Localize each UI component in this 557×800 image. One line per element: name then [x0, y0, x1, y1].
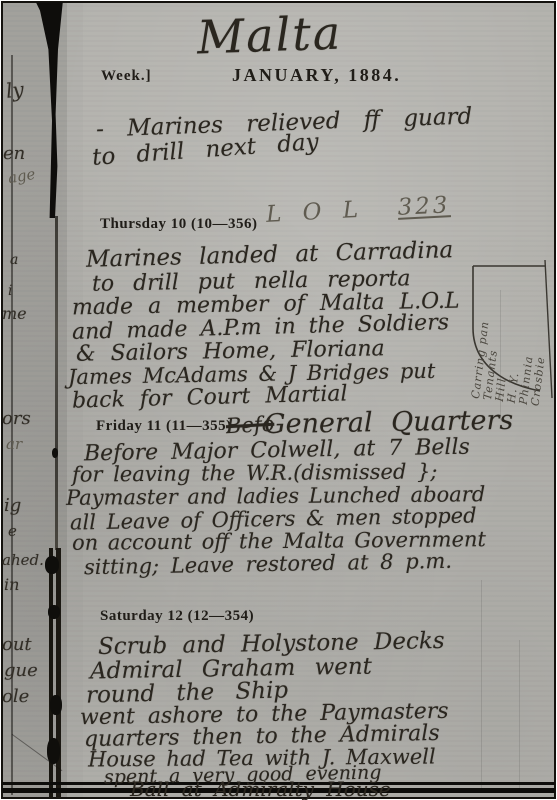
margin-fragment: ors — [2, 410, 31, 428]
margin-fragment: me — [2, 306, 27, 322]
ink-blot — [45, 556, 59, 574]
lodge-annotation-number: 323 — [397, 192, 451, 221]
paper-fold-line — [519, 640, 520, 790]
side-note-names: Carring pan Tenants Hill H. Y. Phinnia C… — [470, 320, 551, 407]
page-title: Malta — [196, 9, 343, 60]
ink-blot — [52, 448, 58, 458]
margin-fragment: gue — [4, 662, 38, 680]
margin-fragment: e — [8, 524, 17, 539]
binding-crack-middle — [55, 216, 58, 550]
paper-fold-line — [481, 580, 482, 790]
entry-line: for leaving the W.R.(dismissed }; — [72, 461, 438, 485]
ink-blot — [48, 605, 60, 619]
entry-heading-thursday: Thursday 10 (10—356) — [100, 217, 258, 232]
margin-fragment: a — [10, 253, 18, 267]
entry-heading-saturday: Saturday 12 (12—354) — [100, 609, 254, 624]
entry-line: General Quarters — [264, 407, 514, 438]
margin-fragment: ahed. — [2, 553, 44, 568]
entry-heading-friday: Friday 11 (11—355) — [96, 419, 232, 434]
lodge-annotation-prefix: L O L — [265, 197, 361, 228]
margin-fragment: in — [4, 577, 19, 593]
margin-fragment: ole — [2, 688, 29, 706]
margin-fragment: ar — [6, 437, 22, 452]
margin-fragment: out — [2, 636, 32, 654]
ink-blot — [50, 695, 62, 715]
margin-fragment: ly — [5, 79, 25, 101]
margin-fragment: ig — [4, 497, 21, 515]
header-week-label: Week.] — [101, 69, 152, 84]
margin-fragment: i — [8, 284, 12, 298]
header-month-label: JANUARY, 1884. — [232, 66, 401, 84]
margin-fragment: en — [3, 145, 25, 163]
entry-line: Ball at Admiralty House — [130, 779, 391, 799]
